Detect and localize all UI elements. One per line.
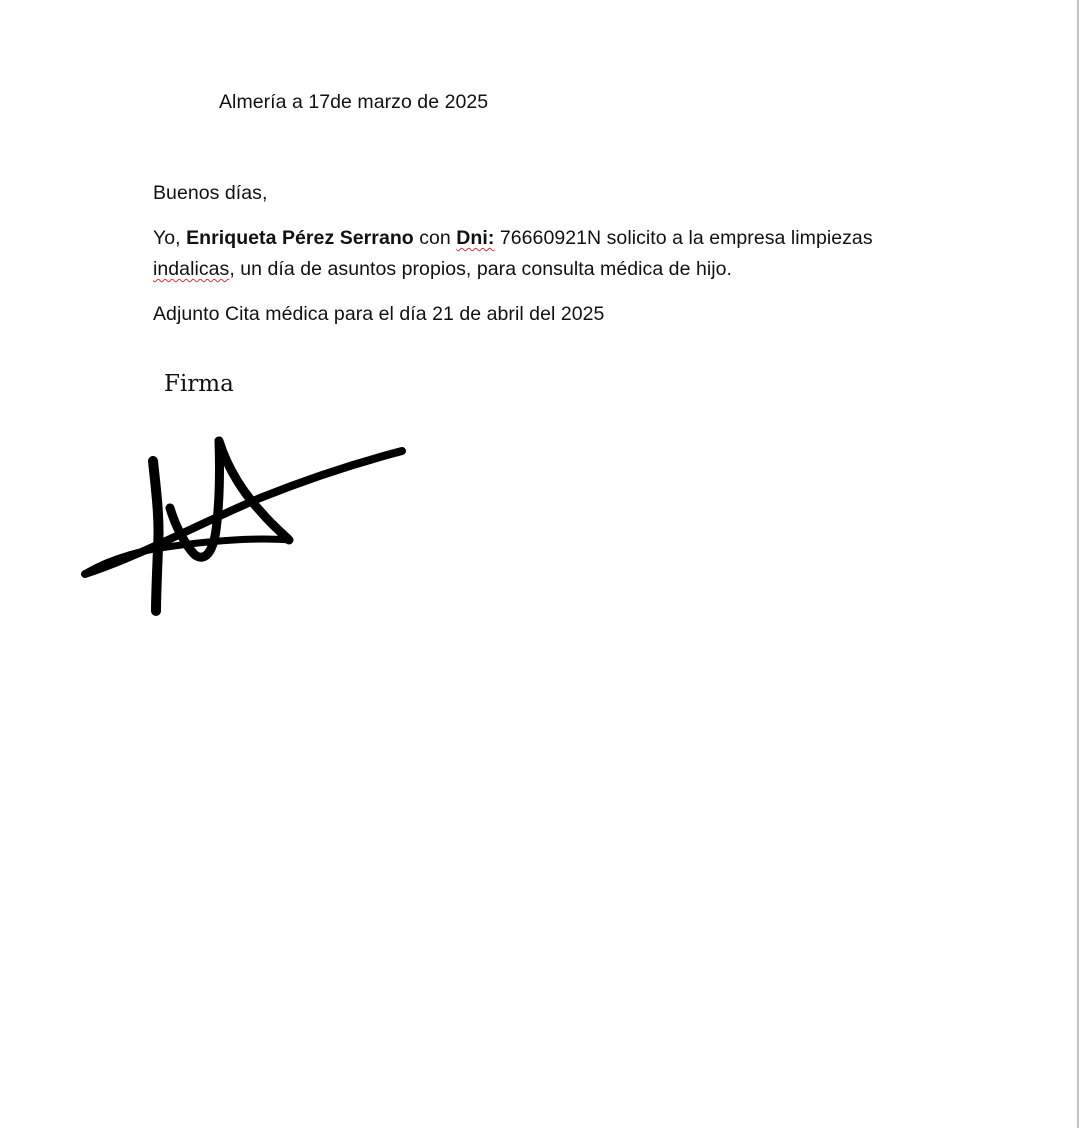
dni-label[interactable]: Dni: [456,227,494,249]
misspelled-word[interactable]: indalicas [153,258,229,280]
page-edge-scrollbar[interactable] [1077,0,1079,1128]
paragraph-middle: con [414,227,457,249]
dni-and-request: 76660921N solicito a la empresa limpieza… [494,227,872,249]
applicant-name: Enriqueta Pérez Serrano [186,227,414,249]
handwritten-signature [0,0,1080,1128]
request-reason: , un día de asuntos propios, para consul… [229,258,732,280]
attachment-line: Adjunto Cita médica para el día 21 de ab… [153,302,604,326]
request-paragraph-line-2: indalicas, un día de asuntos propios, pa… [153,257,732,281]
request-paragraph-line-1: Yo, Enriqueta Pérez Serrano con Dni: 766… [153,226,873,250]
date-line: Almería a 17de marzo de 2025 [219,90,488,114]
paragraph-prefix: Yo, [153,227,186,249]
greeting: Buenos días, [153,181,267,205]
signature-label: Firma [164,370,234,398]
